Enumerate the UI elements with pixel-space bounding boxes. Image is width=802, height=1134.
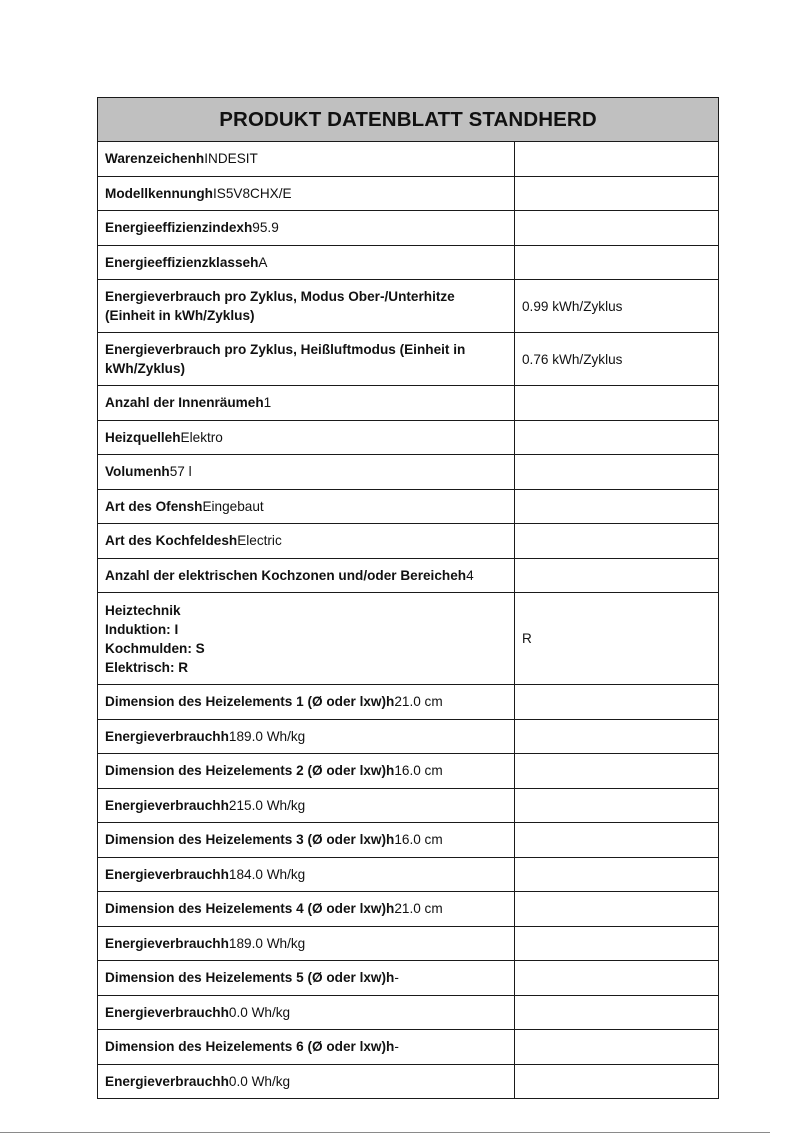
row-inline-value: 21.0 cm xyxy=(394,901,442,916)
row-value-cell xyxy=(515,788,719,823)
heiztechnik-elektrisch: Elektrisch: R xyxy=(105,658,507,677)
row-inline-value: A xyxy=(258,255,267,270)
row-label: Modellkennungh xyxy=(105,186,213,201)
row-inline-value: 189.0 Wh/kg xyxy=(229,936,305,951)
row-label: Energieverbrauchh xyxy=(105,729,229,744)
row-label: Dimension des Heizelements 3 (Ø oder lxw… xyxy=(105,832,394,847)
row-label: Energieverbrauchh xyxy=(105,798,229,813)
row-inline-value: 0.0 Wh/kg xyxy=(229,1005,290,1020)
heiztechnik-label: Heiztechnik Induktion: I Kochmulden: S E… xyxy=(98,593,515,685)
table-row: Anzahl der elektrischen Kochzonen und/od… xyxy=(98,558,719,593)
row-label: Energieverbrauchh xyxy=(105,936,229,951)
row-label: Heizquelleh xyxy=(105,430,181,445)
row-label-cell: Dimension des Heizelements 5 (Ø oder lxw… xyxy=(98,961,515,996)
row-inline-value: 189.0 Wh/kg xyxy=(229,729,305,744)
row-inline-value: 21.0 cm xyxy=(394,694,442,709)
row-label-cell: Art des KochfeldeshElectric xyxy=(98,524,515,559)
row-inline-value: Electric xyxy=(237,533,282,548)
row-label-cell: Energieverbrauch pro Zyklus, Heißluftmod… xyxy=(98,333,515,386)
row-label-cell: EnergieeffizienzklassehA xyxy=(98,245,515,280)
row-label-cell: Energieverbrauch pro Zyklus, Modus Ober-… xyxy=(98,280,515,333)
row-label-cell: ModellkennunghIS5V8CHX/E xyxy=(98,176,515,211)
row-label: Anzahl der Innenräumeh xyxy=(105,395,264,410)
row-inline-value: 16.0 cm xyxy=(394,832,442,847)
row-value-cell xyxy=(515,823,719,858)
title-row: PRODUKT DATENBLATT STANDHERD xyxy=(98,98,719,142)
row-inline-value: 95.9 xyxy=(252,220,278,235)
row-value-cell xyxy=(515,142,719,177)
table-row: Energieverbrauchh0.0 Wh/kg xyxy=(98,995,719,1030)
page-bottom-divider xyxy=(0,1132,770,1133)
row-label-cell: Energieverbrauchh0.0 Wh/kg xyxy=(98,1064,515,1099)
row-label: Energieverbrauch pro Zyklus, Modus Ober-… xyxy=(105,289,455,323)
row-label-cell: Dimension des Heizelements 3 (Ø oder lxw… xyxy=(98,823,515,858)
row-label-cell: Dimension des Heizelements 6 (Ø oder lxw… xyxy=(98,1030,515,1065)
table-row: Energieverbrauchh215.0 Wh/kg xyxy=(98,788,719,823)
table-row: Energieverbrauch pro Zyklus, Heißluftmod… xyxy=(98,333,719,386)
row-label: Volumenh xyxy=(105,464,170,479)
table-row: Dimension des Heizelements 4 (Ø oder lxw… xyxy=(98,892,719,927)
table-row: Dimension des Heizelements 2 (Ø oder lxw… xyxy=(98,754,719,789)
row-label-cell: Anzahl der Innenräumeh1 xyxy=(98,386,515,421)
row-label-cell: Dimension des Heizelements 4 (Ø oder lxw… xyxy=(98,892,515,927)
row-label-cell: Art des OfenshEingebaut xyxy=(98,489,515,524)
row-label: Energieverbrauchh xyxy=(105,1074,229,1089)
row-label: Art des Ofensh xyxy=(105,499,202,514)
table-row: Dimension des Heizelements 3 (Ø oder lxw… xyxy=(98,823,719,858)
row-value-cell xyxy=(515,211,719,246)
row-value-cell xyxy=(515,1064,719,1099)
row-label-cell: Energieverbrauchh215.0 Wh/kg xyxy=(98,788,515,823)
product-datasheet: PRODUKT DATENBLATT STANDHERD Warenzeiche… xyxy=(97,97,718,1099)
row-label: Dimension des Heizelements 1 (Ø oder lxw… xyxy=(105,694,394,709)
row-label: Anzahl der elektrischen Kochzonen und/od… xyxy=(105,568,466,583)
row-inline-value: 215.0 Wh/kg xyxy=(229,798,305,813)
row-label-cell: HeizquellehElektro xyxy=(98,420,515,455)
table-row: Dimension des Heizelements 1 (Ø oder lxw… xyxy=(98,685,719,720)
row-value-cell xyxy=(515,524,719,559)
row-value-cell: 0.99 kWh/Zyklus xyxy=(515,280,719,333)
row-inline-value: - xyxy=(394,970,399,985)
row-value-cell xyxy=(515,961,719,996)
row-label-cell: Energieeffizienzindexh95.9 xyxy=(98,211,515,246)
row-inline-value: 57 l xyxy=(170,464,192,479)
table-row: Art des OfenshEingebaut xyxy=(98,489,719,524)
table-row: Energieeffizienzindexh95.9 xyxy=(98,211,719,246)
row-value-cell xyxy=(515,558,719,593)
table-row: Dimension des Heizelements 6 (Ø oder lxw… xyxy=(98,1030,719,1065)
row-value-cell xyxy=(515,995,719,1030)
row-label: Dimension des Heizelements 4 (Ø oder lxw… xyxy=(105,901,394,916)
row-label-cell: Energieverbrauchh0.0 Wh/kg xyxy=(98,995,515,1030)
row-label-cell: Dimension des Heizelements 1 (Ø oder lxw… xyxy=(98,685,515,720)
table-row: Anzahl der Innenräumeh1 xyxy=(98,386,719,421)
table-row: ModellkennunghIS5V8CHX/E xyxy=(98,176,719,211)
row-value-cell xyxy=(515,857,719,892)
row-value-cell: 0.76 kWh/Zyklus xyxy=(515,333,719,386)
row-label: Energieverbrauchh xyxy=(105,867,229,882)
heiztechnik-induktion: Induktion: I xyxy=(105,620,507,639)
table-row: Art des KochfeldeshElectric xyxy=(98,524,719,559)
row-value-cell xyxy=(515,420,719,455)
row-value-cell xyxy=(515,685,719,720)
table-row: Energieverbrauchh0.0 Wh/kg xyxy=(98,1064,719,1099)
row-label-cell: Dimension des Heizelements 2 (Ø oder lxw… xyxy=(98,754,515,789)
row-label-cell: Energieverbrauchh184.0 Wh/kg xyxy=(98,857,515,892)
table-row: Energieverbrauchh184.0 Wh/kg xyxy=(98,857,719,892)
row-label: Energieeffizienzklasseh xyxy=(105,255,258,270)
row-inline-value: Elektro xyxy=(181,430,223,445)
row-label: Dimension des Heizelements 6 (Ø oder lxw… xyxy=(105,1039,394,1054)
heiztechnik-kochmulden: Kochmulden: S xyxy=(105,639,507,658)
table-row: Volumenh57 l xyxy=(98,455,719,490)
row-inline-value: IS5V8CHX/E xyxy=(213,186,292,201)
row-value-cell xyxy=(515,1030,719,1065)
row-inline-value: 16.0 cm xyxy=(394,763,442,778)
row-value-cell xyxy=(515,455,719,490)
table-row: Energieverbrauchh189.0 Wh/kg xyxy=(98,719,719,754)
table-row: Energieverbrauchh189.0 Wh/kg xyxy=(98,926,719,961)
row-inline-value: 0.0 Wh/kg xyxy=(229,1074,290,1089)
row-label: Energieeffizienzindexh xyxy=(105,220,252,235)
table-row-heiztechnik: Heiztechnik Induktion: I Kochmulden: S E… xyxy=(98,593,719,685)
table-row: EnergieeffizienzklassehA xyxy=(98,245,719,280)
row-value-cell xyxy=(515,892,719,927)
table-row: WarenzeichenhINDESIT xyxy=(98,142,719,177)
row-value-cell xyxy=(515,926,719,961)
datasheet-title: PRODUKT DATENBLATT STANDHERD xyxy=(98,98,719,142)
row-value-cell xyxy=(515,754,719,789)
row-value-cell xyxy=(515,245,719,280)
row-value-cell xyxy=(515,719,719,754)
row-label-cell: Energieverbrauchh189.0 Wh/kg xyxy=(98,926,515,961)
row-inline-value: Eingebaut xyxy=(202,499,263,514)
row-label-cell: Energieverbrauchh189.0 Wh/kg xyxy=(98,719,515,754)
table-row: Dimension des Heizelements 5 (Ø oder lxw… xyxy=(98,961,719,996)
table-row: Energieverbrauch pro Zyklus, Modus Ober-… xyxy=(98,280,719,333)
row-label: Dimension des Heizelements 2 (Ø oder lxw… xyxy=(105,763,394,778)
row-inline-value: 184.0 Wh/kg xyxy=(229,867,305,882)
heiztechnik-value: R xyxy=(515,593,719,685)
row-label: Warenzeichenh xyxy=(105,151,204,166)
row-label-cell: WarenzeichenhINDESIT xyxy=(98,142,515,177)
row-label: Energieverbrauch pro Zyklus, Heißluftmod… xyxy=(105,342,465,376)
row-label-cell: Anzahl der elektrischen Kochzonen und/od… xyxy=(98,558,515,593)
row-value-cell xyxy=(515,386,719,421)
datasheet-table: PRODUKT DATENBLATT STANDHERD Warenzeiche… xyxy=(97,97,719,1099)
row-inline-value: 4 xyxy=(466,568,474,583)
row-inline-value: - xyxy=(394,1039,399,1054)
row-label: Art des Kochfeldesh xyxy=(105,533,237,548)
row-label: Energieverbrauchh xyxy=(105,1005,229,1020)
table-row: HeizquellehElektro xyxy=(98,420,719,455)
row-label: Dimension des Heizelements 5 (Ø oder lxw… xyxy=(105,970,394,985)
row-label-cell: Volumenh57 l xyxy=(98,455,515,490)
row-value-cell xyxy=(515,176,719,211)
row-value-cell xyxy=(515,489,719,524)
row-inline-value: 1 xyxy=(264,395,272,410)
row-inline-value: INDESIT xyxy=(204,151,258,166)
heiztechnik-heading: Heiztechnik xyxy=(105,601,507,620)
